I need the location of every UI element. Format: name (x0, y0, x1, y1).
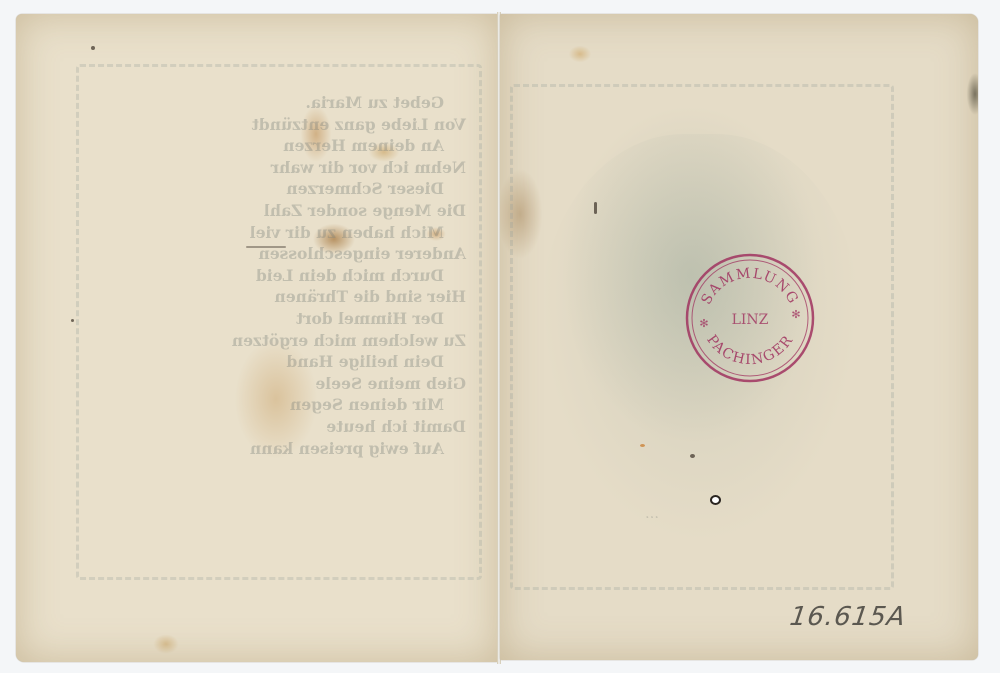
text-line: Nehm ich vor dir wahr (166, 157, 466, 179)
text-line: Gebet zu Maria. (166, 92, 466, 114)
text-line: Auf ewig preisen kann (166, 438, 466, 460)
text-line: Gieb meine Seele (166, 373, 466, 395)
speck (594, 202, 597, 214)
inventory-number: 16.615A (788, 602, 908, 632)
text-line: Mich haben zu dir viel (166, 222, 466, 244)
pin-hole (712, 497, 719, 503)
text-line: Der Himmel dort (166, 308, 466, 330)
stamp-center-text: LINZ (732, 312, 769, 328)
speck (690, 454, 695, 458)
text-line: Damit ich heute (166, 416, 466, 438)
text-line: Dieser Schmerzen (166, 178, 466, 200)
stamp-ornament-right: ✻ (791, 308, 800, 321)
text-line: Mir deinen Segen (166, 394, 466, 416)
text-line: Dein heilige Hand (166, 351, 466, 373)
speck (91, 46, 95, 50)
ink-smudge (246, 246, 286, 248)
text-line: Von Liebe ganz entzündt (166, 114, 466, 136)
bleed-through-caption: … (645, 506, 659, 522)
svg-text:SAMMLUNG: SAMMLUNG (698, 265, 801, 307)
text-line: Die Menge sonder Zahl (166, 200, 466, 222)
svg-text:PACHINGER: PACHINGER (703, 332, 796, 368)
right-page: … SAMMLUNG PACHINGER LINZ ✻ ✻ 16.615A (500, 14, 978, 660)
speck (640, 444, 645, 447)
text-line: An deinem Herzen (166, 135, 466, 157)
stamp-bottom-text: PACHINGER (703, 332, 796, 368)
stamp-top-text: SAMMLUNG (698, 265, 801, 307)
text-line: Hier sind die Thränen (166, 286, 466, 308)
bleed-through-text: Gebet zu Maria. Von Liebe ganz entzündt … (166, 92, 466, 459)
text-line: Zu welchem mich ergötzen (166, 330, 466, 352)
speck (71, 319, 74, 322)
text-line: Anderer eingeschlossen (166, 243, 466, 265)
left-page: Gebet zu Maria. Von Liebe ganz entzündt … (16, 14, 498, 662)
text-line: Durch mich dein Leid (166, 265, 466, 287)
stamp-ornament-left: ✻ (699, 317, 708, 330)
collection-stamp: SAMMLUNG PACHINGER LINZ ✻ ✻ (684, 252, 816, 384)
